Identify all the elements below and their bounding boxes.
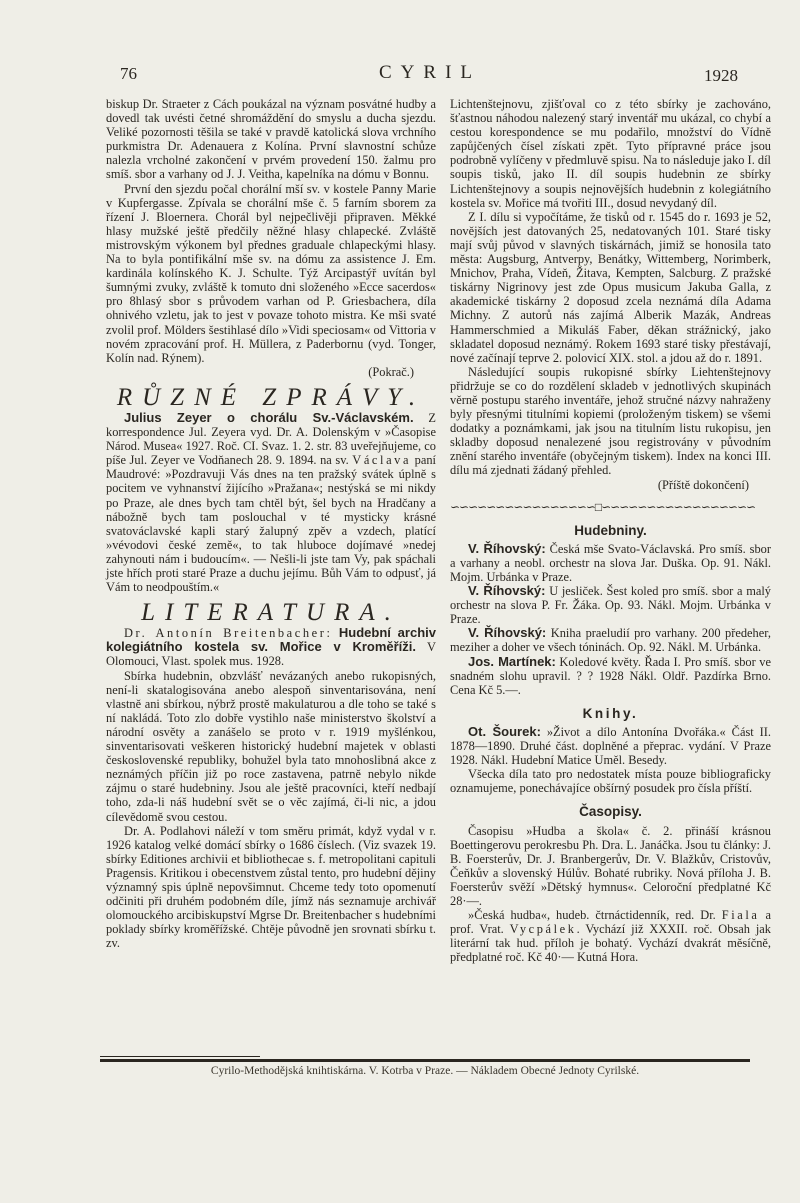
printer-imprint: Cyrilo-Methodějská knihtiskárna. V. Kotr… [100, 1065, 750, 1077]
continued-note: (Příště dokončení) [450, 478, 771, 492]
music-entry: V. Říhovský: Česká mše Svato-Václavská. … [450, 542, 771, 584]
music-entry: Jos. Martínek: Koledové květy. Řada I. P… [450, 655, 771, 697]
paragraph: Časopisu »Hudba a škola« č. 2. přináší k… [450, 824, 771, 909]
paragraph: První den sjezdu počal chorální mší sv. … [106, 182, 436, 365]
right-column: Lichtenštejnovu, zjišťoval co z této sbí… [450, 97, 771, 964]
article-heading: Julius Zeyer o chorálu Sv.-Václavském. [124, 410, 414, 425]
left-column: biskup Dr. Straeter z Cách poukázal na v… [106, 97, 436, 950]
journal-title: CYRIL [120, 62, 740, 84]
magazine-page: 76 CYRIL 1928 biskup Dr. Straeter z Cách… [0, 0, 800, 1203]
music-entry: V. Říhovský: Kniha praeludií pro varhany… [450, 626, 771, 654]
paragraph: Následující soupis rukopisné sbírky Lieh… [450, 365, 771, 478]
paragraph: biskup Dr. Straeter z Cách poukázal na v… [106, 97, 436, 182]
paragraph: Lichtenštejnovu, zjišťoval co z této sbí… [450, 97, 771, 210]
music-entry: V. Říhovský: U jesliček. Šest koled pro … [450, 584, 771, 626]
section-title-news: RŮZNÉ ZPRÁVY. [106, 391, 436, 405]
literature-entry: Dr. Antonín Breitenbacher: Hudební archi… [106, 626, 436, 668]
section-title-books: Knihy. [450, 707, 771, 721]
paragraph: »Česká hudba«, hudeb. čtrnáctidenník, re… [450, 908, 771, 964]
author-name: Dr. Antonín Breitenbacher: [124, 626, 333, 640]
paragraph: Sbírka hudebnin, obzvlášť nevázaných ane… [106, 669, 436, 824]
ornamental-divider: ∽∽∽∽∽∽∽∽∽∽∽∽∽∽∽∽□∽∽∽∽∽∽∽∽∽∽∽∽∽∽∽∽∽ [450, 500, 771, 514]
paragraph: Všecka díla tato pro nedostatek místa po… [450, 767, 771, 795]
paragraph: Dr. A. Podlahovi náleží v tom směru prim… [106, 824, 436, 951]
page-header: 76 CYRIL 1928 [120, 58, 740, 88]
continued-note: (Pokrač.) [106, 365, 436, 379]
news-article: Julius Zeyer o chorálu Sv.-Václavském. Z… [106, 411, 436, 594]
book-entry: Ot. Šourek: »Život a dílo Antonína Dvořá… [450, 725, 771, 767]
section-title-music: Hudebniny. [450, 524, 771, 538]
issue-year: 1928 [704, 66, 738, 86]
divider-rule [100, 1059, 750, 1062]
divider-thin [100, 1056, 260, 1057]
section-title-literature: LITERATURA. [106, 606, 436, 620]
section-title-periodicals: Časopisy. [450, 805, 771, 819]
paragraph: Z I. dílu si vypočítáme, že tisků od r. … [450, 210, 771, 365]
